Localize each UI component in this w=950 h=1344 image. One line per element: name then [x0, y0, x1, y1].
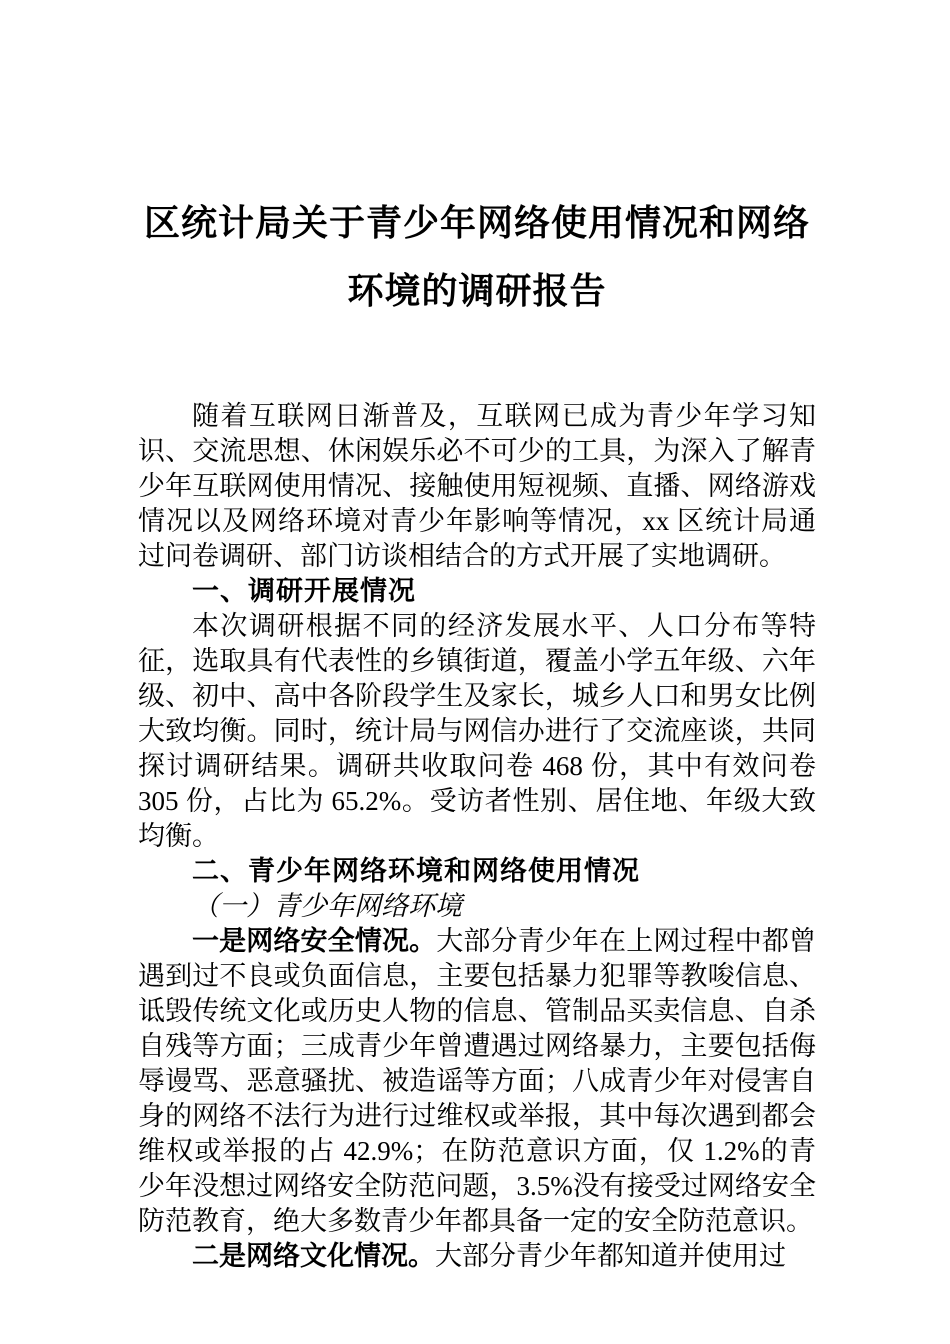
document-page: 区统计局关于青少年网络使用情况和网络 环境的调研报告 随着互联网日渐普及，互联网… — [0, 0, 950, 1344]
document-title-line-1: 区统计局关于青少年网络使用情况和网络 — [138, 189, 816, 257]
section1-paragraph: 本次调研根据不同的经济发展水平、人口分布等特征，选取具有代表性的乡镇街道，覆盖小… — [138, 609, 816, 854]
document-title-line-2: 环境的调研报告 — [138, 257, 816, 325]
intro-paragraph: 随着互联网日渐普及，互联网已成为青少年学习知识、交流思想、休闲娱乐必不可少的工具… — [138, 399, 816, 574]
section2-subheading: （一）青少年网络环境 — [138, 889, 816, 924]
point2-lead: 二是网络文化情况。 — [192, 1241, 435, 1271]
section1-heading: 一、调研开展情况 — [138, 574, 816, 609]
document-content: 区统计局关于青少年网络使用情况和网络 环境的调研报告 随着互联网日渐普及，互联网… — [138, 0, 816, 1274]
point2-paragraph: 二是网络文化情况。大部分青少年都知道并使用过 — [138, 1239, 816, 1274]
point1-paragraph: 一是网络安全情况。大部分青少年在上网过程中都曾遇到过不良或负面信息，主要包括暴力… — [138, 924, 816, 1239]
point1-lead: 一是网络安全情况。 — [192, 926, 436, 956]
section2-heading: 二、青少年网络环境和网络使用情况 — [138, 854, 816, 889]
point2-body: 大部分青少年都知道并使用过 — [435, 1241, 786, 1271]
document-title: 区统计局关于青少年网络使用情况和网络 环境的调研报告 — [138, 189, 816, 325]
point1-body: 大部分青少年在上网过程中都曾遇到过不良或负面信息，主要包括暴力犯罪等教唆信息、诋… — [138, 926, 816, 1236]
document-body: 随着互联网日渐普及，互联网已成为青少年学习知识、交流思想、休闲娱乐必不可少的工具… — [138, 399, 816, 1274]
